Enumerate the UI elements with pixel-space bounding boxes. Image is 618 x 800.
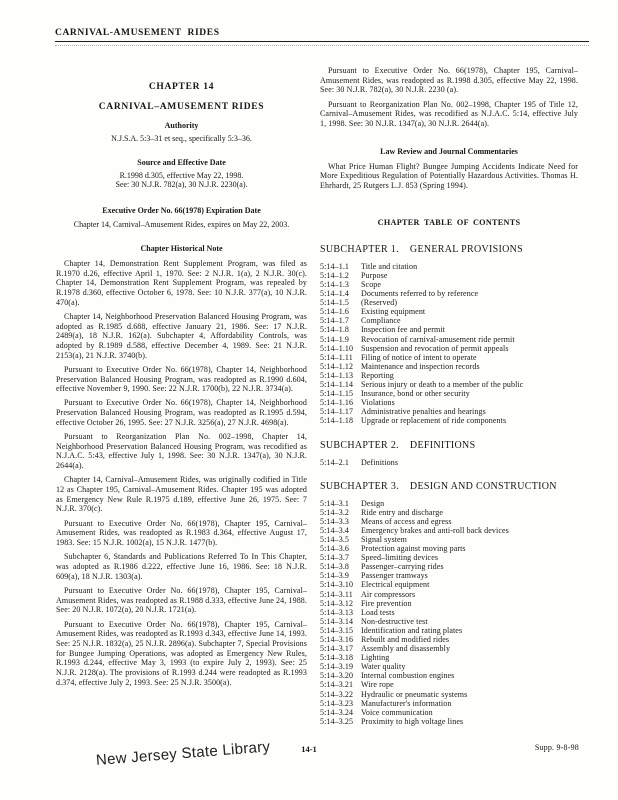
toc-item-label: Design — [361, 499, 578, 508]
toc-item: 5:14–3.5 Signal system — [320, 535, 578, 544]
supplement-note: Supp. 9-8-98 — [535, 743, 579, 752]
toc-item: 5:14–3.11 Air compressors — [320, 590, 578, 599]
toc-item-label: Wire rope — [361, 680, 578, 689]
subchapter-2-label: SUBCHAPTER 2. — [320, 440, 399, 451]
toc-item-number: 5:14–3.21 — [320, 680, 361, 689]
toc-item-label: Passenger–carrying rides — [361, 562, 578, 571]
readoption-paragraphs: Pursuant to Executive Order No. 66(1978)… — [320, 66, 578, 129]
toc-item: 5:14–3.18 Lighting — [320, 653, 578, 662]
toc-item: 5:14–1.10 Suspension and revocation of p… — [320, 344, 578, 353]
toc-item: 5:14–1.7 Compliance — [320, 316, 578, 325]
toc-item-number: 5:14–3.6 — [320, 544, 361, 553]
toc-item-number: 5:14–1.8 — [320, 325, 361, 334]
toc-item-number: 5:14–3.11 — [320, 590, 361, 599]
toc-item-number: 5:14–1.11 — [320, 353, 361, 362]
historical-note-paragraph: Pursuant to Executive Order No. 66(1978)… — [56, 519, 307, 548]
toc-item-number: 5:14–3.10 — [320, 580, 361, 589]
toc-item-number: 5:14–3.2 — [320, 508, 361, 517]
toc-item-number: 5:14–3.19 — [320, 662, 361, 671]
toc-item-number: 5:14–3.18 — [320, 653, 361, 662]
toc-item: 5:14–1.4 Documents referred to by refere… — [320, 289, 578, 298]
toc-item-label: Water quality — [361, 662, 578, 671]
toc-item-number: 5:14–1.5 — [320, 298, 361, 307]
historical-note-paragraph: Pursuant to Executive Order No. 66(1978)… — [56, 620, 307, 688]
toc-item-number: 5:14–3.20 — [320, 671, 361, 680]
toc-item-number: 5:14–3.4 — [320, 526, 361, 535]
toc-item: 5:14–3.19 Water quality — [320, 662, 578, 671]
toc-item: 5:14–3.1 Design — [320, 499, 578, 508]
toc-item-label: Assembly and disassembly — [361, 644, 578, 653]
toc-item-number: 5:14–1.6 — [320, 307, 361, 316]
toc-item-label: Emergency brakes and anti-roll back devi… — [361, 526, 578, 535]
toc-item-number: 5:14–3.3 — [320, 517, 361, 526]
toc-item-number: 5:14–1.7 — [320, 316, 361, 325]
toc-item-label: Hydraulic or pneumatic systems — [361, 690, 578, 699]
document-page: CARNIVAL-AMUSEMENT RIDES CHAPTER 14 CARN… — [0, 0, 618, 800]
toc-item-number: 5:14–1.12 — [320, 362, 361, 371]
toc-item-label: Rebuilt and modified rides — [361, 635, 578, 644]
two-column-body: CHAPTER 14 CARNIVAL–AMUSEMENT RIDES Auth… — [56, 64, 578, 726]
historical-note-paragraph: Pursuant to Reorganization Plan No. 002–… — [56, 432, 307, 471]
toc-item-number: 5:14–1.15 — [320, 389, 361, 398]
toc-item: 5:14–3.7 Speed–limiting devices — [320, 553, 578, 562]
toc-item: 5:14–3.20 Internal combustion engines — [320, 671, 578, 680]
toc-item-label: Manufacturer's information — [361, 699, 578, 708]
toc-item-label: Proximity to high voltage lines — [361, 717, 578, 726]
law-review-heading: Law Review and Journal Commentaries — [320, 147, 578, 157]
toc-item: 5:14–3.24 Voice communication — [320, 708, 578, 717]
toc-item-label: Scope — [361, 280, 578, 289]
toc-item-number: 5:14–1.14 — [320, 380, 361, 389]
toc-item: 5:14–1.3 Scope — [320, 280, 578, 289]
toc-item-number: 5:14–1.4 — [320, 289, 361, 298]
historical-note-paragraph: Pursuant to Executive Order No. 66(1978)… — [56, 398, 307, 427]
toc-item-label: Load tests — [361, 608, 578, 617]
historical-note-paragraph: Chapter 14, Carnival–Amusement Rides, wa… — [56, 475, 307, 514]
toc-item: 5:14–3.25 Proximity to high voltage line… — [320, 717, 578, 726]
toc-item-label: Inspection fee and permit — [361, 325, 578, 334]
toc-item-label: Identification and rating plates — [361, 626, 578, 635]
toc-item-number: 5:14–3.8 — [320, 562, 361, 571]
toc-item: 5:14–1.18 Upgrade or replacement of ride… — [320, 416, 578, 425]
toc-item-label: Passenger tramways — [361, 571, 578, 580]
subchapter-2-toc-list: 5:14–2.1 Definitions — [320, 458, 578, 467]
toc-item-label: Insurance, bond or other security — [361, 389, 578, 398]
chapter-number: CHAPTER 14 — [56, 82, 307, 92]
toc-item: 5:14–3.17 Assembly and disassembly — [320, 644, 578, 653]
toc-item-number: 5:14–3.23 — [320, 699, 361, 708]
header-rule — [55, 41, 589, 42]
toc-item-label: Reporting — [361, 371, 578, 380]
header-rule-shadow — [55, 45, 589, 46]
toc-item: 5:14–3.15 Identification and rating plat… — [320, 626, 578, 635]
toc-item-label: Internal combustion engines — [361, 671, 578, 680]
toc-item-number: 5:14–3.15 — [320, 626, 361, 635]
historical-note-paragraph: Subchapter 6, Standards and Publications… — [56, 552, 307, 581]
toc-item-number: 5:14–3.25 — [320, 717, 361, 726]
toc-item: 5:14–1.11 Filing of notice of intent to … — [320, 353, 578, 362]
source-heading: Source and Effective Date — [56, 158, 307, 168]
toc-item: 5:14–1.8 Inspection fee and permit — [320, 325, 578, 334]
toc-item-label: Protection against moving parts — [361, 544, 578, 553]
toc-item: 5:14–3.12 Fire prevention — [320, 599, 578, 608]
toc-item: 5:14–1.2 Purpose — [320, 271, 578, 280]
toc-item-number: 5:14–1.13 — [320, 371, 361, 380]
page-number: 14-1 — [0, 744, 618, 754]
toc-item: 5:14–1.13 Reporting — [320, 371, 578, 380]
subchapter-3-title: DESIGN AND CONSTRUCTION — [410, 481, 557, 492]
left-column: CHAPTER 14 CARNIVAL–AMUSEMENT RIDES Auth… — [56, 64, 307, 692]
toc-item: 5:14–3.2 Ride entry and discharge — [320, 508, 578, 517]
toc-item-label: Non-destructive test — [361, 617, 578, 626]
toc-item: 5:14–1.5 (Reserved) — [320, 298, 578, 307]
toc-item: 5:14–1.6 Existing equipment — [320, 307, 578, 316]
toc-item-label: Existing equipment — [361, 307, 578, 316]
toc-item-label: Compliance — [361, 316, 578, 325]
toc-item-number: 5:14–3.16 — [320, 635, 361, 644]
toc-item-label: Serious injury or death to a member of t… — [361, 380, 578, 389]
subchapter-3-toc-list: 5:14–3.1 Design 5:14–3.2 Ride entry and … — [320, 499, 578, 726]
right-column: Pursuant to Executive Order No. 66(1978)… — [320, 64, 578, 726]
toc-item: 5:14–3.10 Electrical equipment — [320, 580, 578, 589]
toc-item-label: Means of access and egress — [361, 517, 578, 526]
toc-item: 5:14–3.23 Manufacturer's information — [320, 699, 578, 708]
toc-item: 5:14–3.8 Passenger–carrying rides — [320, 562, 578, 571]
body-paragraph: Pursuant to Executive Order No. 66(1978)… — [320, 66, 578, 95]
toc-item: 5:14–3.4 Emergency brakes and anti-roll … — [320, 526, 578, 535]
subchapter-1-label: SUBCHAPTER 1. — [320, 244, 399, 255]
toc-item: 5:14–1.14 Serious injury or death to a m… — [320, 380, 578, 389]
toc-heading: CHAPTER TABLE OF CONTENTS — [320, 218, 578, 227]
expiration-text: Chapter 14, Carnival–Amusement Rides, ex… — [56, 220, 307, 230]
historical-note-paragraph: Chapter 14, Demonstration Rent Supplemen… — [56, 259, 307, 308]
toc-item: 5:14–3.16 Rebuilt and modified rides — [320, 635, 578, 644]
toc-item-label: Documents referred to by reference — [361, 289, 578, 298]
toc-item-number: 5:14–1.2 — [320, 271, 361, 280]
toc-item-number: 5:14–1.3 — [320, 280, 361, 289]
toc-item-label: Suspension and revocation of permit appe… — [361, 344, 578, 353]
toc-item: 5:14–1.9 Revocation of carnival-amusemen… — [320, 335, 578, 344]
toc-item-number: 5:14–3.14 — [320, 617, 361, 626]
toc-item-number: 5:14–3.24 — [320, 708, 361, 717]
toc-item-label: Signal system — [361, 535, 578, 544]
running-head: CARNIVAL-AMUSEMENT RIDES — [55, 28, 220, 38]
toc-item: 5:14–1.12 Maintenance and inspection rec… — [320, 362, 578, 371]
toc-item-label: Fire prevention — [361, 599, 578, 608]
subchapter-1-toc-list: 5:14–1.1 Title and citation 5:14–1.2 Pur… — [320, 262, 578, 426]
toc-item-label: Speed–limiting devices — [361, 553, 578, 562]
source-line: R.1998 d.305, effective May 22, 1998. — [56, 171, 307, 181]
toc-item-number: 5:14–3.1 — [320, 499, 361, 508]
body-paragraph: Pursuant to Reorganization Plan No. 002–… — [320, 100, 578, 129]
subchapter-3-heading: SUBCHAPTER 3.DESIGN AND CONSTRUCTION — [320, 481, 578, 492]
toc-item-label: Title and citation — [361, 262, 578, 271]
toc-item-number: 5:14–3.12 — [320, 599, 361, 608]
toc-item-label: Violations — [361, 398, 578, 407]
toc-item-number: 5:14–3.22 — [320, 690, 361, 699]
subchapter-1-heading: SUBCHAPTER 1.GENERAL PROVISIONS — [320, 244, 578, 255]
toc-item-label: Purpose — [361, 271, 578, 280]
historical-note-paragraphs: Chapter 14, Demonstration Rent Supplemen… — [56, 259, 307, 688]
toc-item-label: Lighting — [361, 653, 578, 662]
subchapter-3-label: SUBCHAPTER 3. — [320, 481, 399, 492]
source-line: See: 30 N.J.R. 782(a), 30 N.J.R. 2230(a)… — [56, 180, 307, 190]
toc-item-number: 5:14–3.9 — [320, 571, 361, 580]
historical-note-paragraph: Chapter 14, Neighborhood Preservation Ba… — [56, 312, 307, 361]
toc-item: 5:14–3.21 Wire rope — [320, 680, 578, 689]
authority-heading: Authority — [56, 121, 307, 131]
toc-item-number: 5:14–1.18 — [320, 416, 361, 425]
toc-item-label: (Reserved) — [361, 298, 578, 307]
toc-item-label: Filing of notice of intent to operate — [361, 353, 578, 362]
toc-item-label: Upgrade or replacement of ride component… — [361, 416, 578, 425]
toc-item: 5:14–1.1 Title and citation — [320, 262, 578, 271]
authority-text: N.J.S.A. 5:3–31 et seq., specifically 5:… — [56, 134, 307, 144]
toc-item-number: 5:14–1.9 — [320, 335, 361, 344]
toc-item-number: 5:14–3.13 — [320, 608, 361, 617]
subchapter-1-title: GENERAL PROVISIONS — [410, 244, 523, 255]
toc-item-label: Ride entry and discharge — [361, 508, 578, 517]
toc-item-label: Definitions — [361, 458, 578, 467]
toc-item-label: Revocation of carnival-amusement ride pe… — [361, 335, 578, 344]
toc-item-label: Electrical equipment — [361, 580, 578, 589]
subchapter-2-title: DEFINITIONS — [410, 440, 476, 451]
toc-item-label: Voice communication — [361, 708, 578, 717]
toc-item: 5:14–3.13 Load tests — [320, 608, 578, 617]
historical-note-heading: Chapter Historical Note — [56, 244, 307, 254]
toc-item-number: 5:14–3.17 — [320, 644, 361, 653]
toc-item-label: Air compressors — [361, 590, 578, 599]
toc-item-number: 5:14–1.16 — [320, 398, 361, 407]
expiration-heading: Executive Order No. 66(1978) Expiration … — [56, 206, 307, 216]
toc-item: 5:14–3.9 Passenger tramways — [320, 571, 578, 580]
toc-item-label: Maintenance and inspection records — [361, 362, 578, 371]
historical-note-paragraph: Pursuant to Executive Order No. 66(1978)… — [56, 586, 307, 615]
toc-item: 5:14–3.6 Protection against moving parts — [320, 544, 578, 553]
subchapter-2-heading: SUBCHAPTER 2.DEFINITIONS — [320, 440, 578, 451]
law-review-text: What Price Human Flight? Bungee Jumping … — [320, 162, 578, 191]
toc-item: 5:14–1.15 Insurance, bond or other secur… — [320, 389, 578, 398]
toc-item-number: 5:14–2.1 — [320, 458, 361, 467]
toc-item-label: Administrative penalties and hearings — [361, 407, 578, 416]
toc-item-number: 5:14–1.1 — [320, 262, 361, 271]
toc-item: 5:14–3.3 Means of access and egress — [320, 517, 578, 526]
toc-item: 5:14–2.1 Definitions — [320, 458, 578, 467]
toc-item: 5:14–3.22 Hydraulic or pneumatic systems — [320, 690, 578, 699]
toc-item: 5:14–1.17 Administrative penalties and h… — [320, 407, 578, 416]
toc-item: 5:14–3.14 Non-destructive test — [320, 617, 578, 626]
toc-item: 5:14–1.16 Violations — [320, 398, 578, 407]
toc-item-number: 5:14–3.5 — [320, 535, 361, 544]
toc-item-number: 5:14–3.7 — [320, 553, 361, 562]
chapter-title: CARNIVAL–AMUSEMENT RIDES — [56, 102, 307, 112]
toc-item-number: 5:14–1.10 — [320, 344, 361, 353]
toc-item-number: 5:14–1.17 — [320, 407, 361, 416]
historical-note-paragraph: Pursuant to Executive Order No. 66(1978)… — [56, 365, 307, 394]
